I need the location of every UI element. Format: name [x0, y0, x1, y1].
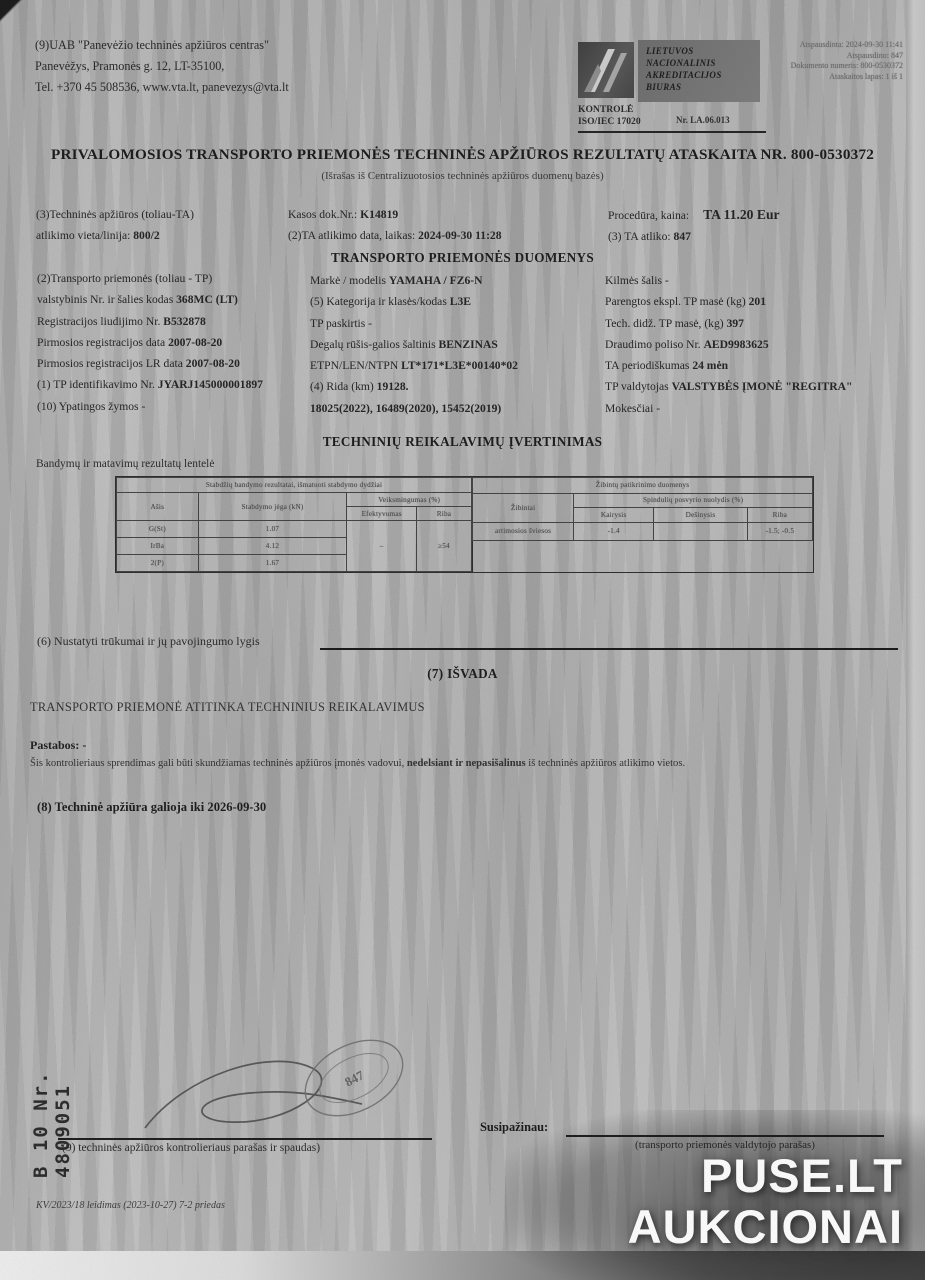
- defects-label: (6) Nustatyti trūkumai ir jų pavojingumo…: [37, 634, 260, 649]
- field-label: Markė / modelis: [310, 274, 386, 287]
- field-line: Parengtos ekspl. TP masė (kg) 201: [605, 291, 852, 312]
- defects-underline: [320, 648, 898, 650]
- validity-line: (8) Techninė apžiūra galioja iki 2026-09…: [37, 800, 266, 815]
- field-line: TP valdytojas VALSTYBĖS ĮMONĖ "REGITRA": [605, 376, 852, 397]
- field-label: (2)Transporto priemonės (toliau - TP): [37, 272, 212, 285]
- col-header-left: Kairysis: [574, 508, 654, 523]
- scanned-document-page: (9)UAB "Panevėžio techninės apžiūros cen…: [0, 0, 925, 1280]
- issuer-street: Panevėžys, Pramonės g. 12, LT-35100,: [35, 57, 365, 76]
- field-label: (10) Ypatingos žymos -: [37, 400, 145, 413]
- print-info-line: Atspausdinta: 2024-09-30 11:41: [753, 40, 903, 51]
- notes-text: Šis kontrolieriaus sprendimas gali būti …: [30, 758, 898, 769]
- scan-corner-artifact: [0, 0, 24, 32]
- acc-line: LIETUVOS: [646, 45, 760, 57]
- field-label: (1) TP identifikavimo Nr.: [37, 378, 155, 391]
- field-label: ETPN/LEN/NTPN: [310, 359, 398, 372]
- auction-watermark: PUSE.LT AUKCIONAI: [628, 1150, 903, 1252]
- lights-table: Žibintų patikrinimo duomenys Žibintai Sp…: [472, 477, 813, 572]
- notes-text-post: iš techninės apžiūros atlikimo vietos.: [526, 758, 685, 769]
- table-cell: ≥54: [416, 521, 471, 572]
- field-label: atlikimo vieta/linija:: [36, 229, 130, 242]
- field-line: (4) Rida (km) 19128.: [310, 376, 518, 397]
- field-line: (10) Ypatingos žymos -: [37, 396, 263, 417]
- table-cell: 4.12: [198, 538, 347, 555]
- field-label: (2)TA atlikimo data, laikas:: [288, 229, 415, 242]
- evaluation-section-heading: TECHNINIŲ REIKALAVIMŲ ĮVERTINIMAS: [0, 434, 925, 450]
- certificate-number: Nr. LA.06.013: [676, 115, 730, 125]
- field-line: Mokesčiai -: [605, 398, 852, 419]
- col-header-beam-group: Spindulių posvyrio nuolydis (%): [574, 493, 813, 508]
- field-value: 18025(2022), 16489(2020), 15452(2019): [310, 402, 501, 415]
- table-cell: IrBa: [117, 538, 199, 555]
- field-value: 19128.: [377, 380, 409, 393]
- field-value: AED9983625: [704, 338, 769, 351]
- field-line: (3)Techninės apžiūros (toliau-TA): [36, 204, 194, 225]
- col-header-limit: Riba: [747, 508, 812, 523]
- field-label: Registracijos liudijimo Nr.: [37, 315, 160, 328]
- field-value: BENZINAS: [439, 338, 498, 351]
- acc-line: BIURAS: [646, 81, 760, 93]
- field-label: Pirmosios registracijos LR data: [37, 357, 183, 370]
- table-cell: 2(P): [117, 555, 199, 572]
- table-cell: G(St): [117, 521, 199, 538]
- document-subtitle: (Išrašas iš Centralizuotosios techninės …: [0, 170, 925, 182]
- field-line: (1) TP identifikavimo Nr. JYARJ145000001…: [37, 374, 263, 395]
- print-info-line: Dokumento numeris: 800-0530372: [753, 61, 903, 72]
- field-line: Kilmės šalis -: [605, 270, 852, 291]
- iso-standard: ISO/IEC 17020: [578, 116, 641, 128]
- field-label: Draudimo poliso Nr.: [605, 338, 701, 351]
- table-spacer: [473, 540, 813, 572]
- ta-receipt-block: Kasos dok.Nr.: K14819 (2)TA atlikimo dat…: [288, 204, 502, 246]
- field-line: atlikimo vieta/linija: 800/2: [36, 225, 194, 246]
- accreditation-logo-icon: [578, 42, 634, 98]
- field-value: 2007-08-20: [168, 336, 222, 349]
- table-cell: –: [347, 521, 417, 572]
- table-cell: 1.07: [198, 521, 347, 538]
- field-line: TP paskirtis -: [310, 313, 518, 334]
- field-label: Degalų rūšis-galios šaltinis: [310, 338, 436, 351]
- field-value: K14819: [360, 208, 398, 221]
- field-line: (2)Transporto priemonės (toliau - TP): [37, 268, 263, 289]
- acc-line: NACIONALINIS: [646, 57, 760, 69]
- notes-text-pre: Šis kontrolieriaus sprendimas gali būti …: [30, 758, 407, 769]
- field-label: Mokesčiai -: [605, 402, 660, 415]
- field-value: 201: [749, 295, 766, 308]
- accreditation-bureau-label: LIETUVOS NACIONALINIS AKREDITACIJOS BIUR…: [638, 40, 760, 102]
- field-label: (4) Rida (km): [310, 380, 374, 393]
- field-line: Pirmosios registracijos LR data 2007-08-…: [37, 353, 263, 374]
- table-cell: artimosios šviesos: [473, 522, 574, 540]
- col-header-effectiveness-group: Veiksmingumas (%): [347, 493, 472, 507]
- field-line: Degalų rūšis-galios šaltinis BENZINAS: [310, 334, 518, 355]
- validity-label: (8) Techninė apžiūra galioja iki: [37, 800, 204, 814]
- field-value: 2007-08-20: [186, 357, 240, 370]
- field-value: 368MC (LT): [176, 293, 238, 306]
- vehicle-column-middle: Markė / modelis YAMAHA / FZ6-N (5) Kateg…: [310, 270, 518, 419]
- col-header-limit: Riba: [416, 507, 471, 521]
- notes-text-bold: nedelsiant ir nepasišalinus: [407, 758, 526, 769]
- print-info-line: Atspausdino: 847: [753, 51, 903, 62]
- conclusion-heading: (7) IŠVADA: [0, 666, 925, 682]
- watermark-site: PUSE.LT: [628, 1150, 903, 1201]
- field-line: (2)TA atlikimo data, laikas: 2024-09-30 …: [288, 225, 502, 246]
- field-label: TP valdytojas: [605, 380, 669, 393]
- field-line: 18025(2022), 16489(2020), 15452(2019): [310, 398, 518, 419]
- scan-edge-artifact: [906, 0, 925, 1280]
- field-value: 397: [727, 317, 744, 330]
- control-standard-label: KONTROLĖ ISO/IEC 17020: [578, 104, 641, 128]
- stamp-number: 847: [342, 1067, 367, 1089]
- validity-date: 2026-09-30: [207, 800, 266, 814]
- form-revision-footer: KV/2023/18 leidimas (2023-10-27) 7-2 pri…: [36, 1200, 225, 1211]
- print-info-block: Atspausdinta: 2024-09-30 11:41 Atspausdi…: [753, 40, 903, 82]
- table-cell: [654, 522, 748, 540]
- brakes-table: Stabdžių bandymo rezultatai, išmatuoti s…: [116, 477, 472, 572]
- field-label: valstybinis Nr. ir šalies kodas: [37, 293, 173, 306]
- issuer-contacts: Tel. +370 45 508536, www.vta.lt, panevez…: [35, 78, 365, 97]
- accreditation-underline: [578, 131, 766, 133]
- field-label: TP paskirtis -: [310, 317, 372, 330]
- col-header-force: Stabdymo jėga (kN): [198, 493, 347, 521]
- field-label: (5) Kategorija ir klasės/kodas: [310, 295, 447, 308]
- field-line: ETPN/LEN/NTPN LT*171*L3E*00140*02: [310, 355, 518, 376]
- controller-signature-caption: (9) techninės apžiūros kontrolieriaus pa…: [62, 1142, 320, 1154]
- accreditation-logo-a-icon: [578, 42, 634, 98]
- ta-place-block: (3)Techninės apžiūros (toliau-TA) atliki…: [36, 204, 194, 246]
- acc-line: AKREDITACIJOS: [646, 69, 760, 81]
- brakes-table-title: Stabdžių bandymo rezultatai, išmatuoti s…: [117, 478, 472, 493]
- vehicle-section-heading: TRANSPORTO PRIEMONĖS DUOMENYS: [0, 250, 925, 266]
- field-line: Procedūra, kaina:TA 11.20 Eur: [608, 204, 780, 226]
- field-value: 800/2: [133, 229, 159, 242]
- vehicle-column-left: (2)Transporto priemonės (toliau - TP) va…: [37, 268, 263, 417]
- notes-label: Pastabos: -: [30, 738, 86, 753]
- table-cell: 1.67: [198, 555, 347, 572]
- field-value: YAMAHA / FZ6-N: [389, 274, 483, 287]
- field-label: Pirmosios registracijos data: [37, 336, 165, 349]
- issuer-name: (9)UAB "Panevėžio techninės apžiūros cen…: [35, 36, 365, 55]
- col-header-axis: Ašis: [117, 493, 199, 521]
- control-word: KONTROLĖ: [578, 104, 641, 116]
- table-cell: -1.4: [574, 522, 654, 540]
- field-label: Procedūra, kaina:: [608, 209, 689, 222]
- col-header-lights: Žibintai: [473, 493, 574, 522]
- print-info-line: Ataskaitos lapas: 1 iš 1: [753, 72, 903, 83]
- field-label: Tech. didž. TP masė, (kg): [605, 317, 724, 330]
- field-line: TA periodiškumas 24 mėn: [605, 355, 852, 376]
- field-value: B532878: [163, 315, 206, 328]
- field-value: VALSTYBĖS ĮMONĖ "REGITRA": [672, 380, 853, 393]
- field-value: LT*171*L3E*00140*02: [401, 359, 518, 372]
- field-label: TA periodiškumas: [605, 359, 689, 372]
- field-line: Registracijos liudijimo Nr. B532878: [37, 311, 263, 332]
- field-value: JYARJ145000001897: [158, 378, 263, 391]
- table-cell: -1.5; -0.5: [747, 522, 812, 540]
- field-value: L3E: [450, 295, 471, 308]
- field-value: 24 mėn: [692, 359, 728, 372]
- ta-price-block: Procedūra, kaina:TA 11.20 Eur (3) TA atl…: [608, 204, 780, 247]
- issuer-address-block: (9)UAB "Panevėžio techninės apžiūros cen…: [35, 36, 365, 99]
- field-line: valstybinis Nr. ir šalies kodas 368MC (L…: [37, 289, 263, 310]
- watermark-word: AUKCIONAI: [628, 1201, 903, 1252]
- field-line: Markė / modelis YAMAHA / FZ6-N: [310, 270, 518, 291]
- ta-price-value: TA 11.20 Eur: [703, 207, 779, 222]
- field-value: 2024-09-30 11:28: [418, 229, 501, 242]
- field-label: (3) TA atliko:: [608, 230, 671, 243]
- document-title: PRIVALOMOSIOS TRANSPORTO PRIEMONĖS TECHN…: [0, 146, 925, 164]
- field-line: Kasos dok.Nr.: K14819: [288, 204, 502, 225]
- field-label: Kasos dok.Nr.:: [288, 208, 357, 221]
- vehicle-column-right: Kilmės šalis - Parengtos ekspl. TP masė …: [605, 270, 852, 419]
- field-value: 847: [674, 230, 691, 243]
- col-header-effectiveness: Efektyvumas: [347, 507, 417, 521]
- results-table: Stabdžių bandymo rezultatai, išmatuoti s…: [115, 476, 814, 573]
- field-label: Parengtos ekspl. TP masė (kg): [605, 295, 746, 308]
- conclusion-result: TRANSPORTO PRIEMONĖ ATITINKA TECHNINIUS …: [30, 700, 425, 715]
- field-label: (3)Techninės apžiūros (toliau-TA): [36, 208, 194, 221]
- controller-signature-line: [58, 1138, 432, 1140]
- field-line: Tech. didž. TP masė, (kg) 397: [605, 313, 852, 334]
- field-label: Kilmės šalis -: [605, 274, 669, 287]
- field-line: (3) TA atliko: 847: [608, 226, 780, 247]
- field-line: Pirmosios registracijos data 2007-08-20: [37, 332, 263, 353]
- col-header-right: Dešinysis: [654, 508, 748, 523]
- lights-table-title: Žibintų patikrinimo duomenys: [473, 478, 813, 494]
- results-table-caption: Bandymų ir matavimų rezultatų lentelė: [36, 458, 214, 470]
- field-line: Draudimo poliso Nr. AED9983625: [605, 334, 852, 355]
- field-line: (5) Kategorija ir klasės/kodas L3E: [310, 291, 518, 312]
